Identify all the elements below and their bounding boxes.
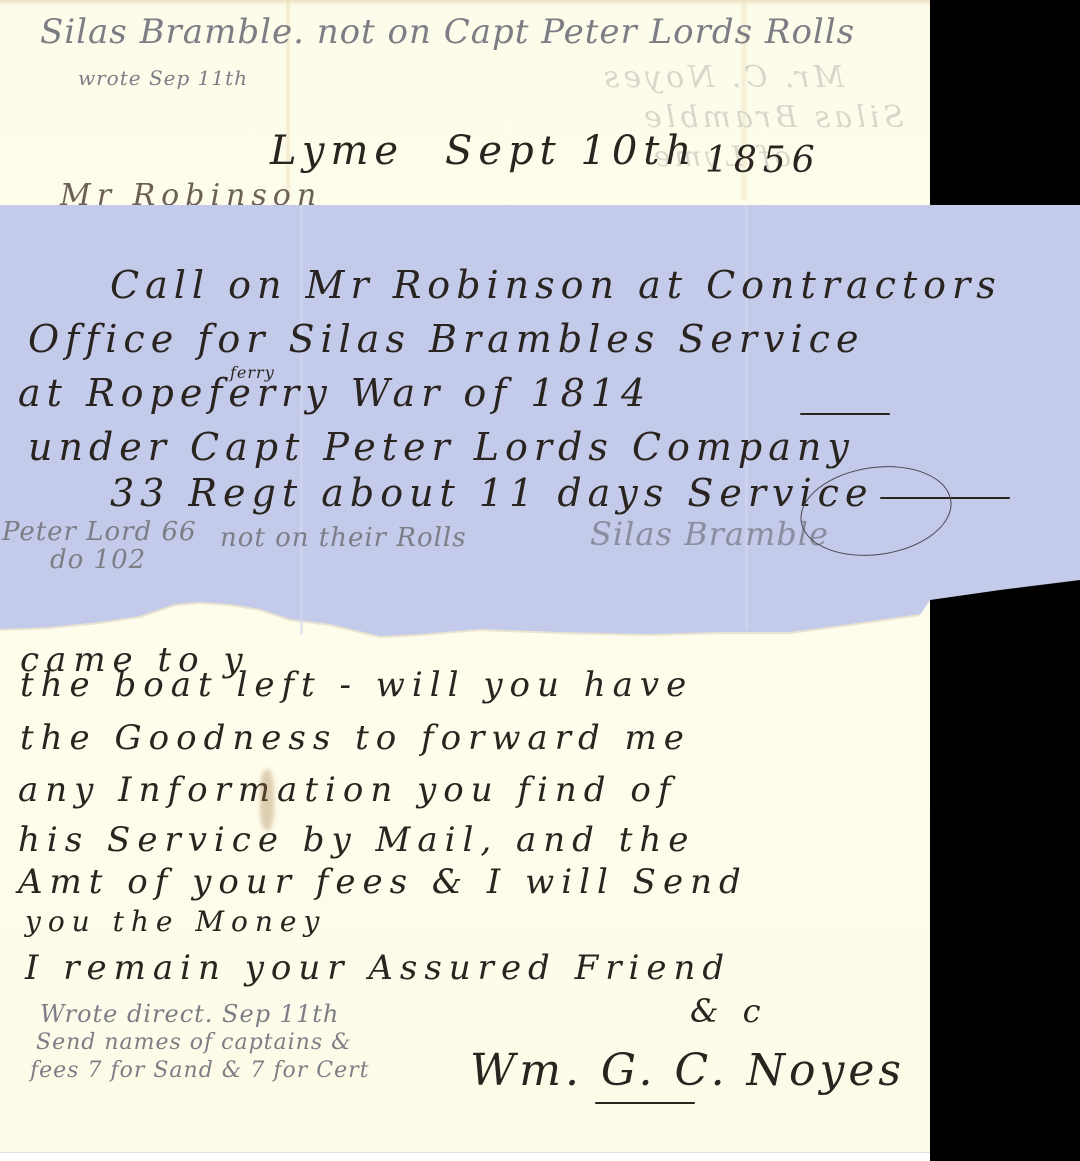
body-line: the boat left - will you have bbox=[20, 665, 693, 705]
slip-line: under Capt Peter Lords Company bbox=[28, 425, 855, 469]
pencil-footer-line: fees 7 for Sand & 7 for Cert bbox=[30, 1058, 369, 1083]
slip-insertion: ferry bbox=[230, 363, 275, 382]
closing-line: I remain your Assured Friend bbox=[25, 948, 731, 988]
paper-top-edge bbox=[0, 0, 930, 6]
body-line: his Service by Mail, and the bbox=[18, 820, 695, 860]
closing-etc: & c bbox=[690, 992, 768, 1030]
slip-line: 33 Regt about 11 days Service bbox=[110, 471, 873, 515]
slip-dash bbox=[800, 413, 890, 415]
pencil-header-line: wrote Sep 11th bbox=[78, 66, 248, 90]
slip-line: at Ropeferry War of 1814 bbox=[18, 371, 651, 415]
dateline-date: Sept 10th bbox=[445, 128, 697, 174]
pencil-footer-line: Send names of captains & bbox=[36, 1030, 352, 1055]
blue-note-slip: Call on Mr Robinson at Contractors Offic… bbox=[0, 205, 1080, 667]
body-line: you the Money bbox=[25, 905, 326, 938]
body-line: the Goodness to forward me bbox=[20, 718, 691, 758]
ink-stain bbox=[260, 770, 274, 830]
slip-line: Call on Mr Robinson at Contractors bbox=[110, 263, 1002, 307]
body-line: any Information you find of bbox=[18, 770, 677, 810]
slip-pencil-note: do 102 bbox=[50, 545, 146, 575]
signature: Wm. G. C. Noyes bbox=[470, 1045, 905, 1096]
signature-underline bbox=[595, 1102, 695, 1104]
circled-name: Silas Bramble bbox=[590, 515, 829, 553]
pencil-footer-line: Wrote direct. Sep 11th bbox=[40, 1000, 339, 1028]
pencil-header-line: Silas Bramble. not on Capt Peter Lords R… bbox=[40, 12, 855, 52]
body-line: Amt of your fees & I will Send bbox=[18, 862, 748, 902]
dateline-year: 1856 bbox=[705, 140, 821, 181]
dateline-place: Lyme bbox=[270, 128, 404, 174]
bleed-through-text: Mr. C. Noyes bbox=[600, 60, 844, 95]
slip-pencil-note: not on their Rolls bbox=[220, 523, 467, 553]
slip-line: Office for Silas Brambles Service bbox=[28, 317, 864, 361]
slip-pencil-note: Peter Lord 66 bbox=[2, 517, 197, 547]
